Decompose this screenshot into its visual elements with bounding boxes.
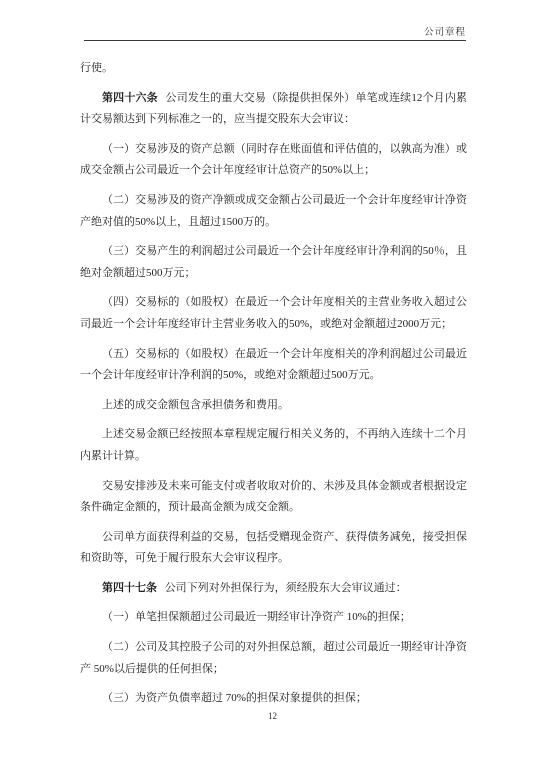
paragraph-text: 交易安排涉及未来可能支付或者收取对价的、未涉及具体金额或者根据设定条件确定金额的… bbox=[80, 480, 467, 514]
article-46-note-2: 上述交易金额已经按照本章程规定履行相关义务的，不再纳入连续十二个月内累计计算。 bbox=[80, 424, 467, 467]
article-46-item-2: （二）交易涉及的资产净额或成交金额占公司最近一个会计年度经审计净资产绝对值的50… bbox=[80, 190, 467, 233]
paragraph-text: （一）交易涉及的资产总额（同时存在账面值和评估值的，以孰高为准）或成交金额占公司… bbox=[80, 143, 467, 177]
article-46-item-4: （四）交易标的（如股权）在最近一个会计年度相关的主营业务收入超过公司最近一个会计… bbox=[80, 292, 467, 335]
article-46-item-1: （一）交易涉及的资产总额（同时存在账面值和评估值的，以孰高为准）或成交金额占公司… bbox=[80, 139, 467, 182]
page-number: 12 bbox=[268, 711, 277, 721]
page-header: 公司章程 bbox=[84, 0, 466, 41]
article-47-text: 公司下列对外担保行为，须经股东大会审议通过： bbox=[165, 582, 407, 594]
article-47-item-2: （二）公司及其控股子公司的对外担保总额，超过公司最近一期经审计净资产 50%以后… bbox=[80, 637, 467, 680]
article-46-note-3: 交易安排涉及未来可能支付或者收取对价的、未涉及具体金额或者根据设定条件确定金额的… bbox=[80, 476, 467, 519]
article-46-item-5: （五）交易标的（如股权）在最近一个会计年度相关的净利润超过公司最近一个会计年度经… bbox=[80, 344, 467, 387]
article-47: 第四十七条公司下列对外担保行为，须经股东大会审议通过： bbox=[80, 578, 467, 600]
article-46-note-4: 公司单方面获得利益的交易，包括受赠现金资产、获得债务减免，接受担保和资助等，可免… bbox=[80, 527, 467, 570]
article-47-number: 第四十七条 bbox=[102, 582, 165, 594]
paragraph-text: （二）公司及其控股子公司的对外担保总额，超过公司最近一期经审计净资产 50%以后… bbox=[80, 641, 467, 675]
paragraph-text: 上述的成交金额包含承担债务和费用。 bbox=[102, 399, 289, 411]
paragraph-text: 公司单方面获得利益的交易，包括受赠现金资产、获得债务减免，接受担保和资助等，可免… bbox=[80, 531, 467, 565]
article-46-note-1: 上述的成交金额包含承担债务和费用。 bbox=[80, 395, 467, 417]
paragraph-text: （三）交易产生的利润超过公司最近一个会计年度经审计净利润的50％，且绝对金额超过… bbox=[80, 245, 467, 279]
article-47-item-3: （三）为资产负债率超过 70%的担保对象提供的担保； bbox=[80, 688, 467, 710]
paragraph-text: （一）单笔担保额超过公司最近一期经审计净资产 10%的担保； bbox=[102, 611, 411, 623]
document-page: 公司章程 行使。 第四十六条公司发生的重大交易（除提供担保外）单笔或连续12个月… bbox=[0, 0, 545, 771]
document-body: 行使。 第四十六条公司发生的重大交易（除提供担保外）单笔或连续12个月内累计交易… bbox=[80, 58, 467, 718]
paragraph-text: （二）交易涉及的资产净额或成交金额占公司最近一个会计年度经审计净资产绝对值的50… bbox=[80, 194, 467, 228]
paragraph-text: （五）交易标的（如股权）在最近一个会计年度相关的净利润超过公司最近一个会计年度经… bbox=[80, 348, 467, 382]
page-continuation-text: 行使。 bbox=[80, 58, 467, 80]
article-46-item-3: （三）交易产生的利润超过公司最近一个会计年度经审计净利润的50％，且绝对金额超过… bbox=[80, 241, 467, 284]
article-47-item-1: （一）单笔担保额超过公司最近一期经审计净资产 10%的担保； bbox=[80, 607, 467, 629]
paragraph-text: 上述交易金额已经按照本章程规定履行相关义务的，不再纳入连续十二个月内累计计算。 bbox=[80, 428, 467, 462]
paragraph-text: 行使。 bbox=[80, 62, 113, 74]
paragraph-text: （四）交易标的（如股权）在最近一个会计年度相关的主营业务收入超过公司最近一个会计… bbox=[80, 296, 467, 330]
header-title: 公司章程 bbox=[424, 24, 466, 38]
page-footer: 12 bbox=[0, 711, 545, 721]
article-46: 第四十六条公司发生的重大交易（除提供担保外）单笔或连续12个月内累计交易额达到下… bbox=[80, 88, 467, 131]
article-46-number: 第四十六条 bbox=[102, 92, 166, 104]
paragraph-text: （三）为资产负债率超过 70%的担保对象提供的担保； bbox=[102, 692, 367, 704]
